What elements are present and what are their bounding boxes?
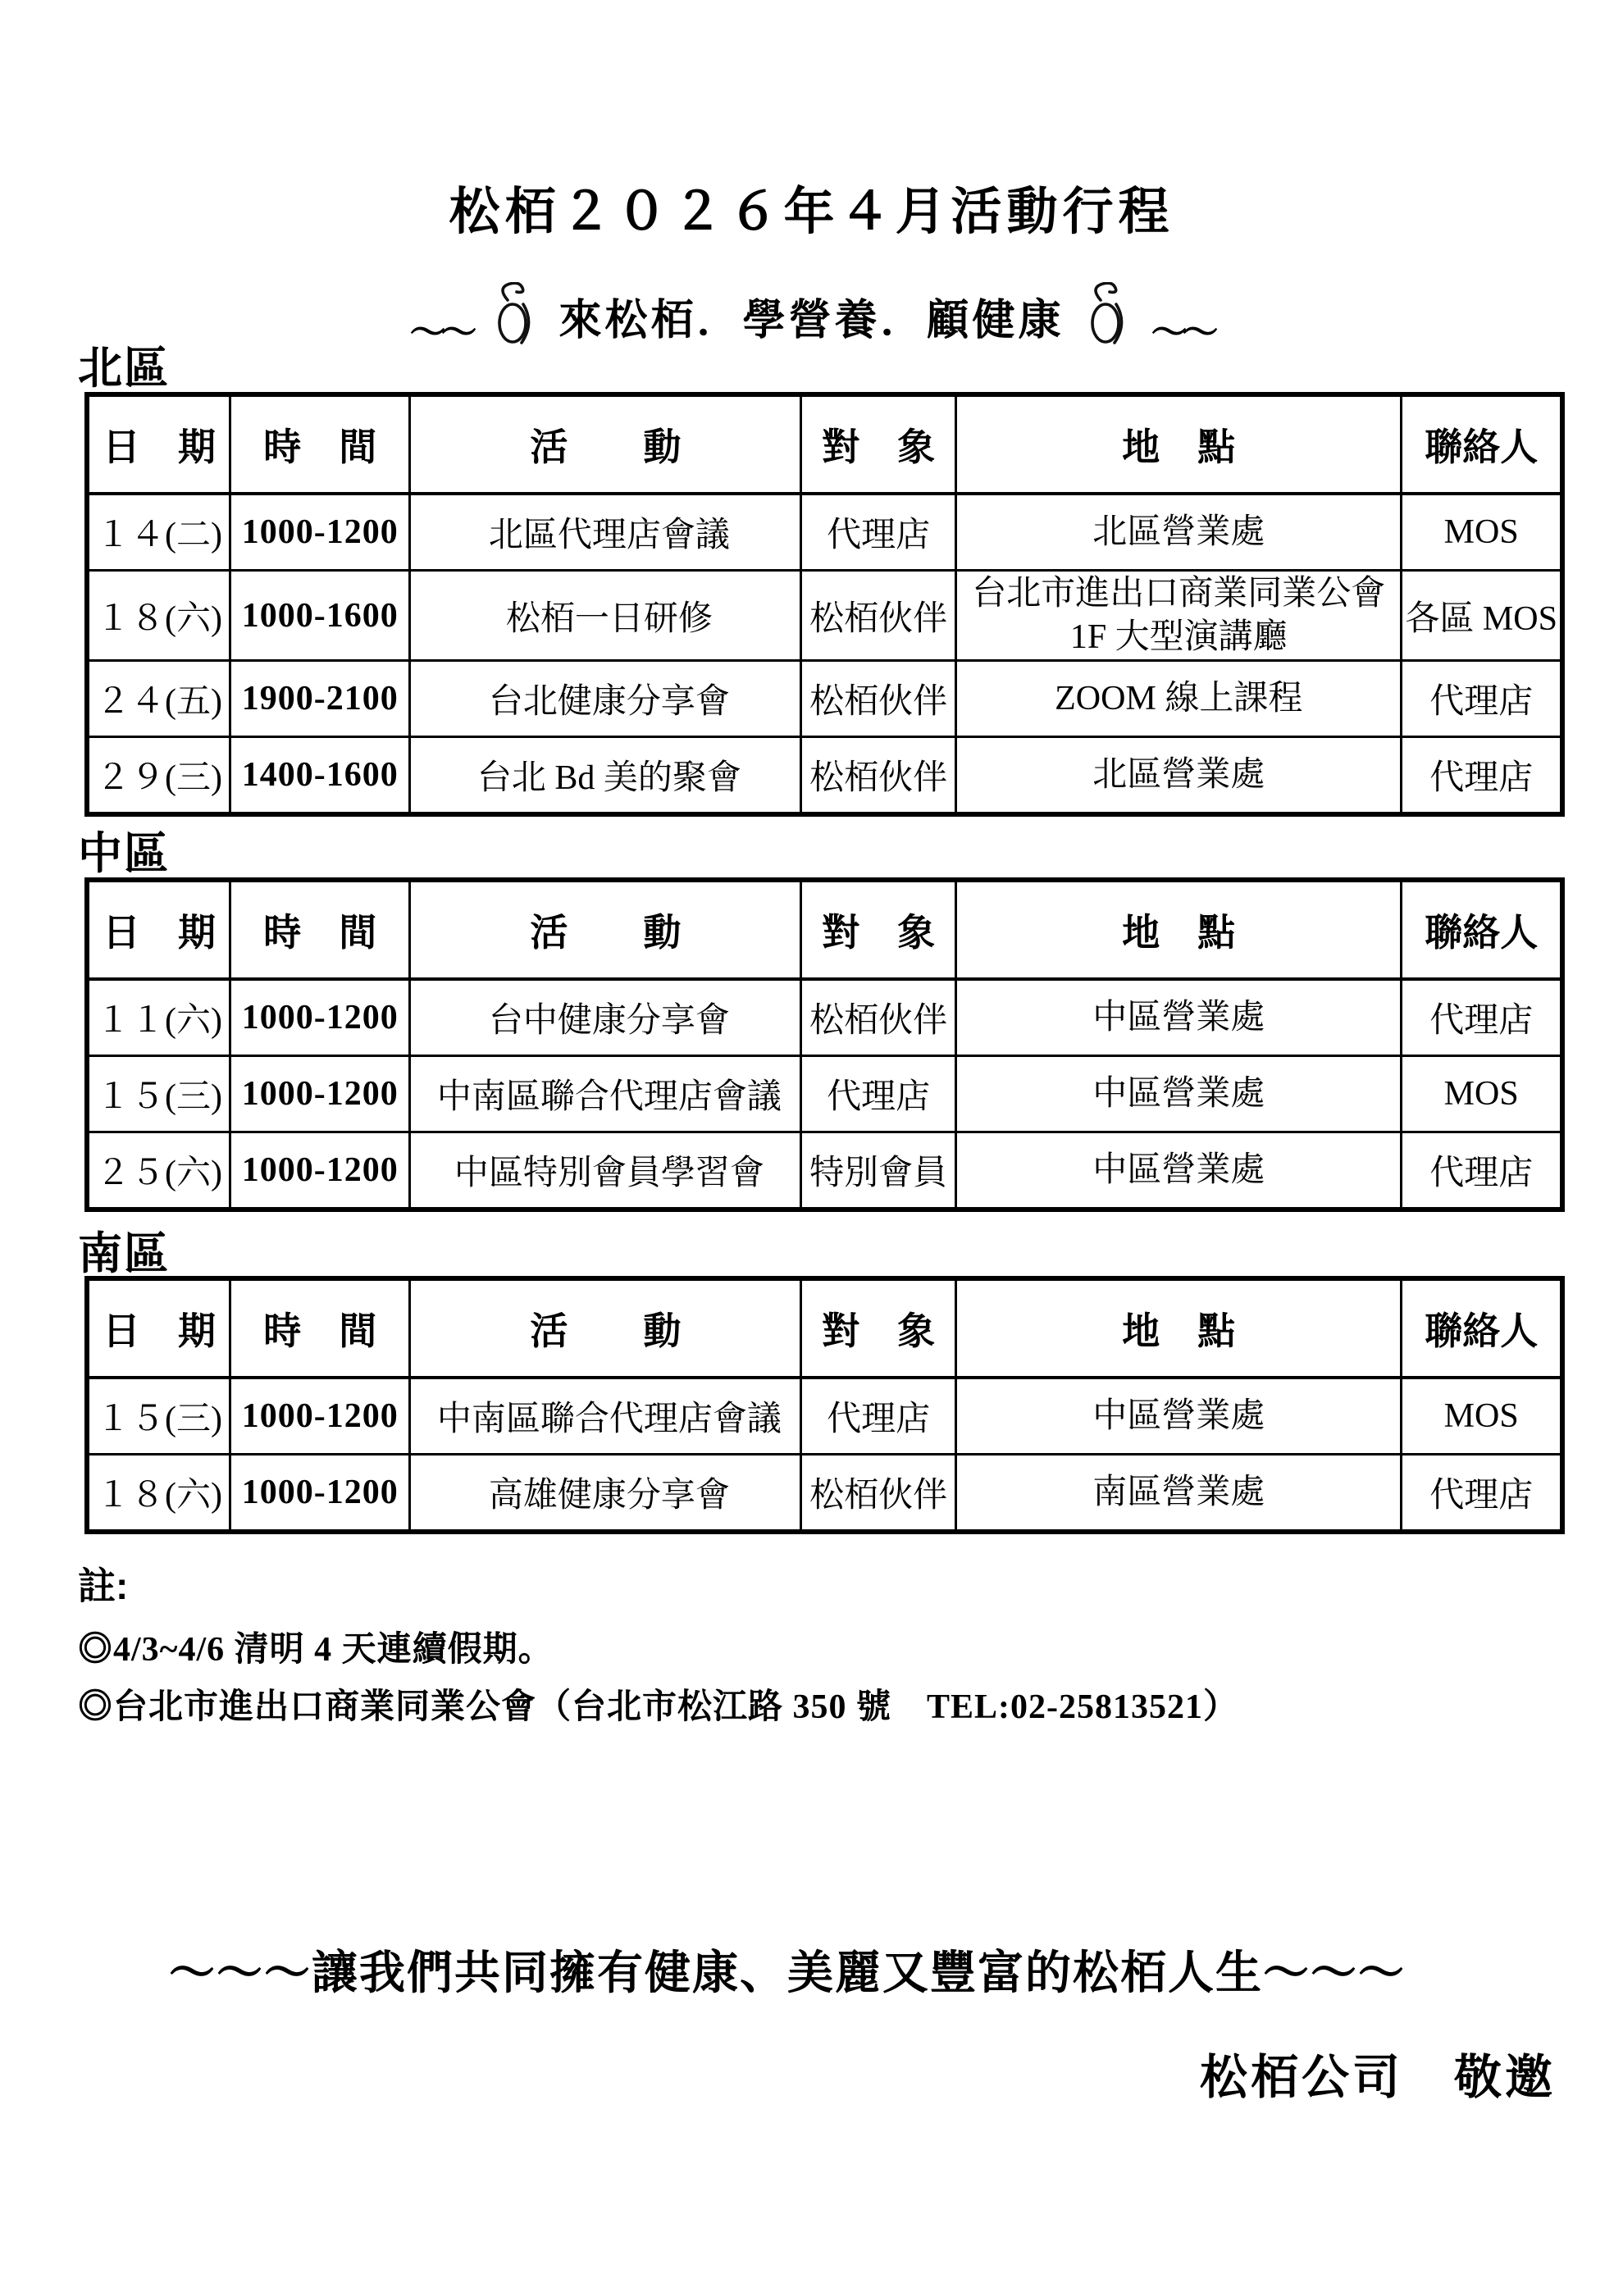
col-header-date: 日 期 [87,1278,230,1378]
table-header-row: 日 期 時 間 活 動 對 象 地 點 聯絡人 [87,880,1562,979]
cell-location: 中區營業處 [956,1056,1402,1132]
col-header-audience: 對 象 [801,1278,956,1378]
schedule-table-north: 日 期 時 間 活 動 對 象 地 點 聯絡人 １４(二) 1000-1200 … [84,392,1565,817]
subtitle: ～～ 來松栢．學營養．顧健康 ～～ [0,271,1623,361]
cell-location: 中區營業處 [956,1378,1402,1455]
cell-contact: 代理店 [1402,1132,1562,1210]
cell-date: １８(六) [87,571,230,661]
schedule-table-south: 日 期 時 間 活 動 對 象 地 點 聯絡人 １５(三) 1000-1200 … [84,1276,1565,1534]
col-header-time: 時 間 [230,394,410,494]
cell-contact: MOS [1402,494,1562,571]
table-row: １５(三) 1000-1200 中南區聯合代理店會議 代理店 中區營業處 MOS [87,1378,1562,1455]
col-header-activity: 活 動 [410,880,801,979]
document-page: { "page": { "title": "松栢２０２６年４月活動行程", "s… [0,0,1623,2296]
cell-contact: 代理店 [1402,661,1562,737]
schedule-table-central: 日 期 時 間 活 動 對 象 地 點 聯絡人 １１(六) 1000-1200 … [84,877,1565,1212]
cell-location: 中區營業處 [956,1132,1402,1210]
table-row: １１(六) 1000-1200 台中健康分享會 松栢伙伴 中區營業處 代理店 [87,979,1562,1056]
col-header-time: 時 間 [230,880,410,979]
table-row: ２４(五) 1900-2100 台北健康分享會 松栢伙伴 ZOOM 線上課程 代… [87,661,1562,737]
table-row: ２９(三) 1400-1600 台北 Bd 美的聚會 松栢伙伴 北區營業處 代理… [87,737,1562,815]
note-holiday: ◎4/3~4/6 清明 4 天連續假期。 [78,1622,554,1671]
col-header-audience: 對 象 [801,394,956,494]
cell-time: 1400-1600 [230,737,410,815]
col-header-date: 日 期 [87,394,230,494]
cell-activity: 松栢一日研修 [410,571,801,661]
cell-audience: 松栢伙伴 [801,979,956,1056]
cell-contact: MOS [1402,1056,1562,1132]
squiggle-left: ～～ [409,303,472,355]
plum-icon [1089,282,1127,349]
cell-location: 北區營業處 [956,737,1402,815]
cell-activity: 北區代理店會議 [410,494,801,571]
cell-location: 南區營業處 [956,1455,1402,1533]
cell-date: １１(六) [87,979,230,1056]
cell-activity: 台中健康分享會 [410,979,801,1056]
cell-audience: 松栢伙伴 [801,661,956,737]
col-header-contact: 聯絡人 [1402,880,1562,979]
cell-date: １５(三) [87,1378,230,1455]
cell-activity: 中南區聯合代理店會議 [410,1378,801,1455]
cell-date: １４(二) [87,494,230,571]
cell-audience: 特別會員 [801,1132,956,1210]
table-header-row: 日 期 時 間 活 動 對 象 地 點 聯絡人 [87,394,1562,494]
cell-contact: 代理店 [1402,737,1562,815]
cell-time: 1000-1200 [230,1455,410,1533]
cell-contact: 代理店 [1402,979,1562,1056]
cell-audience: 松栢伙伴 [801,1455,956,1533]
table-row: １８(六) 1000-1600 松栢一日研修 松栢伙伴 台北市進出口商業同業公會… [87,571,1562,661]
cell-contact: MOS [1402,1378,1562,1455]
col-header-contact: 聯絡人 [1402,1278,1562,1378]
cell-date: ２９(三) [87,737,230,815]
cell-activity: 中南區聯合代理店會議 [410,1056,801,1132]
cell-audience: 松栢伙伴 [801,571,956,661]
table-row: １４(二) 1000-1200 北區代理店會議 代理店 北區營業處 MOS [87,494,1562,571]
cell-location: 北區營業處 [956,494,1402,571]
col-header-audience: 對 象 [801,880,956,979]
closing-slogan: ～～～讓我們共同擁有健康、美麗又豐富的松栢人生～～～ [0,1937,1575,2002]
squiggle-right: ～～ [1151,303,1214,355]
notes-heading: 註: [78,1556,128,1610]
cell-date: ２４(五) [87,661,230,737]
cell-date: １８(六) [87,1455,230,1533]
cell-time: 1000-1200 [230,1132,410,1210]
cell-activity: 台北健康分享會 [410,661,801,737]
region-label-central: 中區 [78,818,170,881]
cell-time: 1900-2100 [230,661,410,737]
cell-location: ZOOM 線上課程 [956,661,1402,737]
cell-time: 1000-1200 [230,494,410,571]
region-label-south: 南區 [78,1219,170,1282]
col-header-location: 地 點 [956,394,1402,494]
col-header-location: 地 點 [956,1278,1402,1378]
cell-audience: 松栢伙伴 [801,737,956,815]
table-header-row: 日 期 時 間 活 動 對 象 地 點 聯絡人 [87,1278,1562,1378]
company-signoff: 松栢公司 敬邀 [1200,2039,1556,2107]
cell-audience: 代理店 [801,1056,956,1132]
cell-location: 中區營業處 [956,979,1402,1056]
cell-time: 1000-1600 [230,571,410,661]
cell-audience: 代理店 [801,494,956,571]
col-header-time: 時 間 [230,1278,410,1378]
col-header-contact: 聯絡人 [1402,394,1562,494]
col-header-activity: 活 動 [410,1278,801,1378]
cell-audience: 代理店 [801,1378,956,1455]
subtitle-text: 來松栢．學營養．顧健康 [558,285,1064,347]
region-label-north: 北區 [78,333,170,396]
col-header-location: 地 點 [956,880,1402,979]
cell-time: 1000-1200 [230,1056,410,1132]
page-title: 松栢２０２６年４月活動行程 [0,171,1623,244]
col-header-date: 日 期 [87,880,230,979]
cell-contact: 代理店 [1402,1455,1562,1533]
cell-activity: 台北 Bd 美的聚會 [410,737,801,815]
cell-date: ２５(六) [87,1132,230,1210]
col-header-activity: 活 動 [410,394,801,494]
table-row: １８(六) 1000-1200 高雄健康分享會 松栢伙伴 南區營業處 代理店 [87,1455,1562,1533]
cell-time: 1000-1200 [230,979,410,1056]
table-row: １５(三) 1000-1200 中南區聯合代理店會議 代理店 中區營業處 MOS [87,1056,1562,1132]
plum-icon [496,282,534,349]
cell-location: 台北市進出口商業同業公會 1F 大型演講廳 [956,571,1402,661]
cell-activity: 高雄健康分享會 [410,1455,801,1533]
cell-time: 1000-1200 [230,1378,410,1455]
cell-date: １５(三) [87,1056,230,1132]
cell-contact: 各區 MOS [1402,571,1562,661]
table-row: ２５(六) 1000-1200 中區特別會員學習會 特別會員 中區營業處 代理店 [87,1132,1562,1210]
cell-activity: 中區特別會員學習會 [410,1132,801,1210]
note-venue-address: ◎台北市進出口商業同業公會（台北市松江路 350 號 TEL:02-258135… [78,1679,1238,1729]
